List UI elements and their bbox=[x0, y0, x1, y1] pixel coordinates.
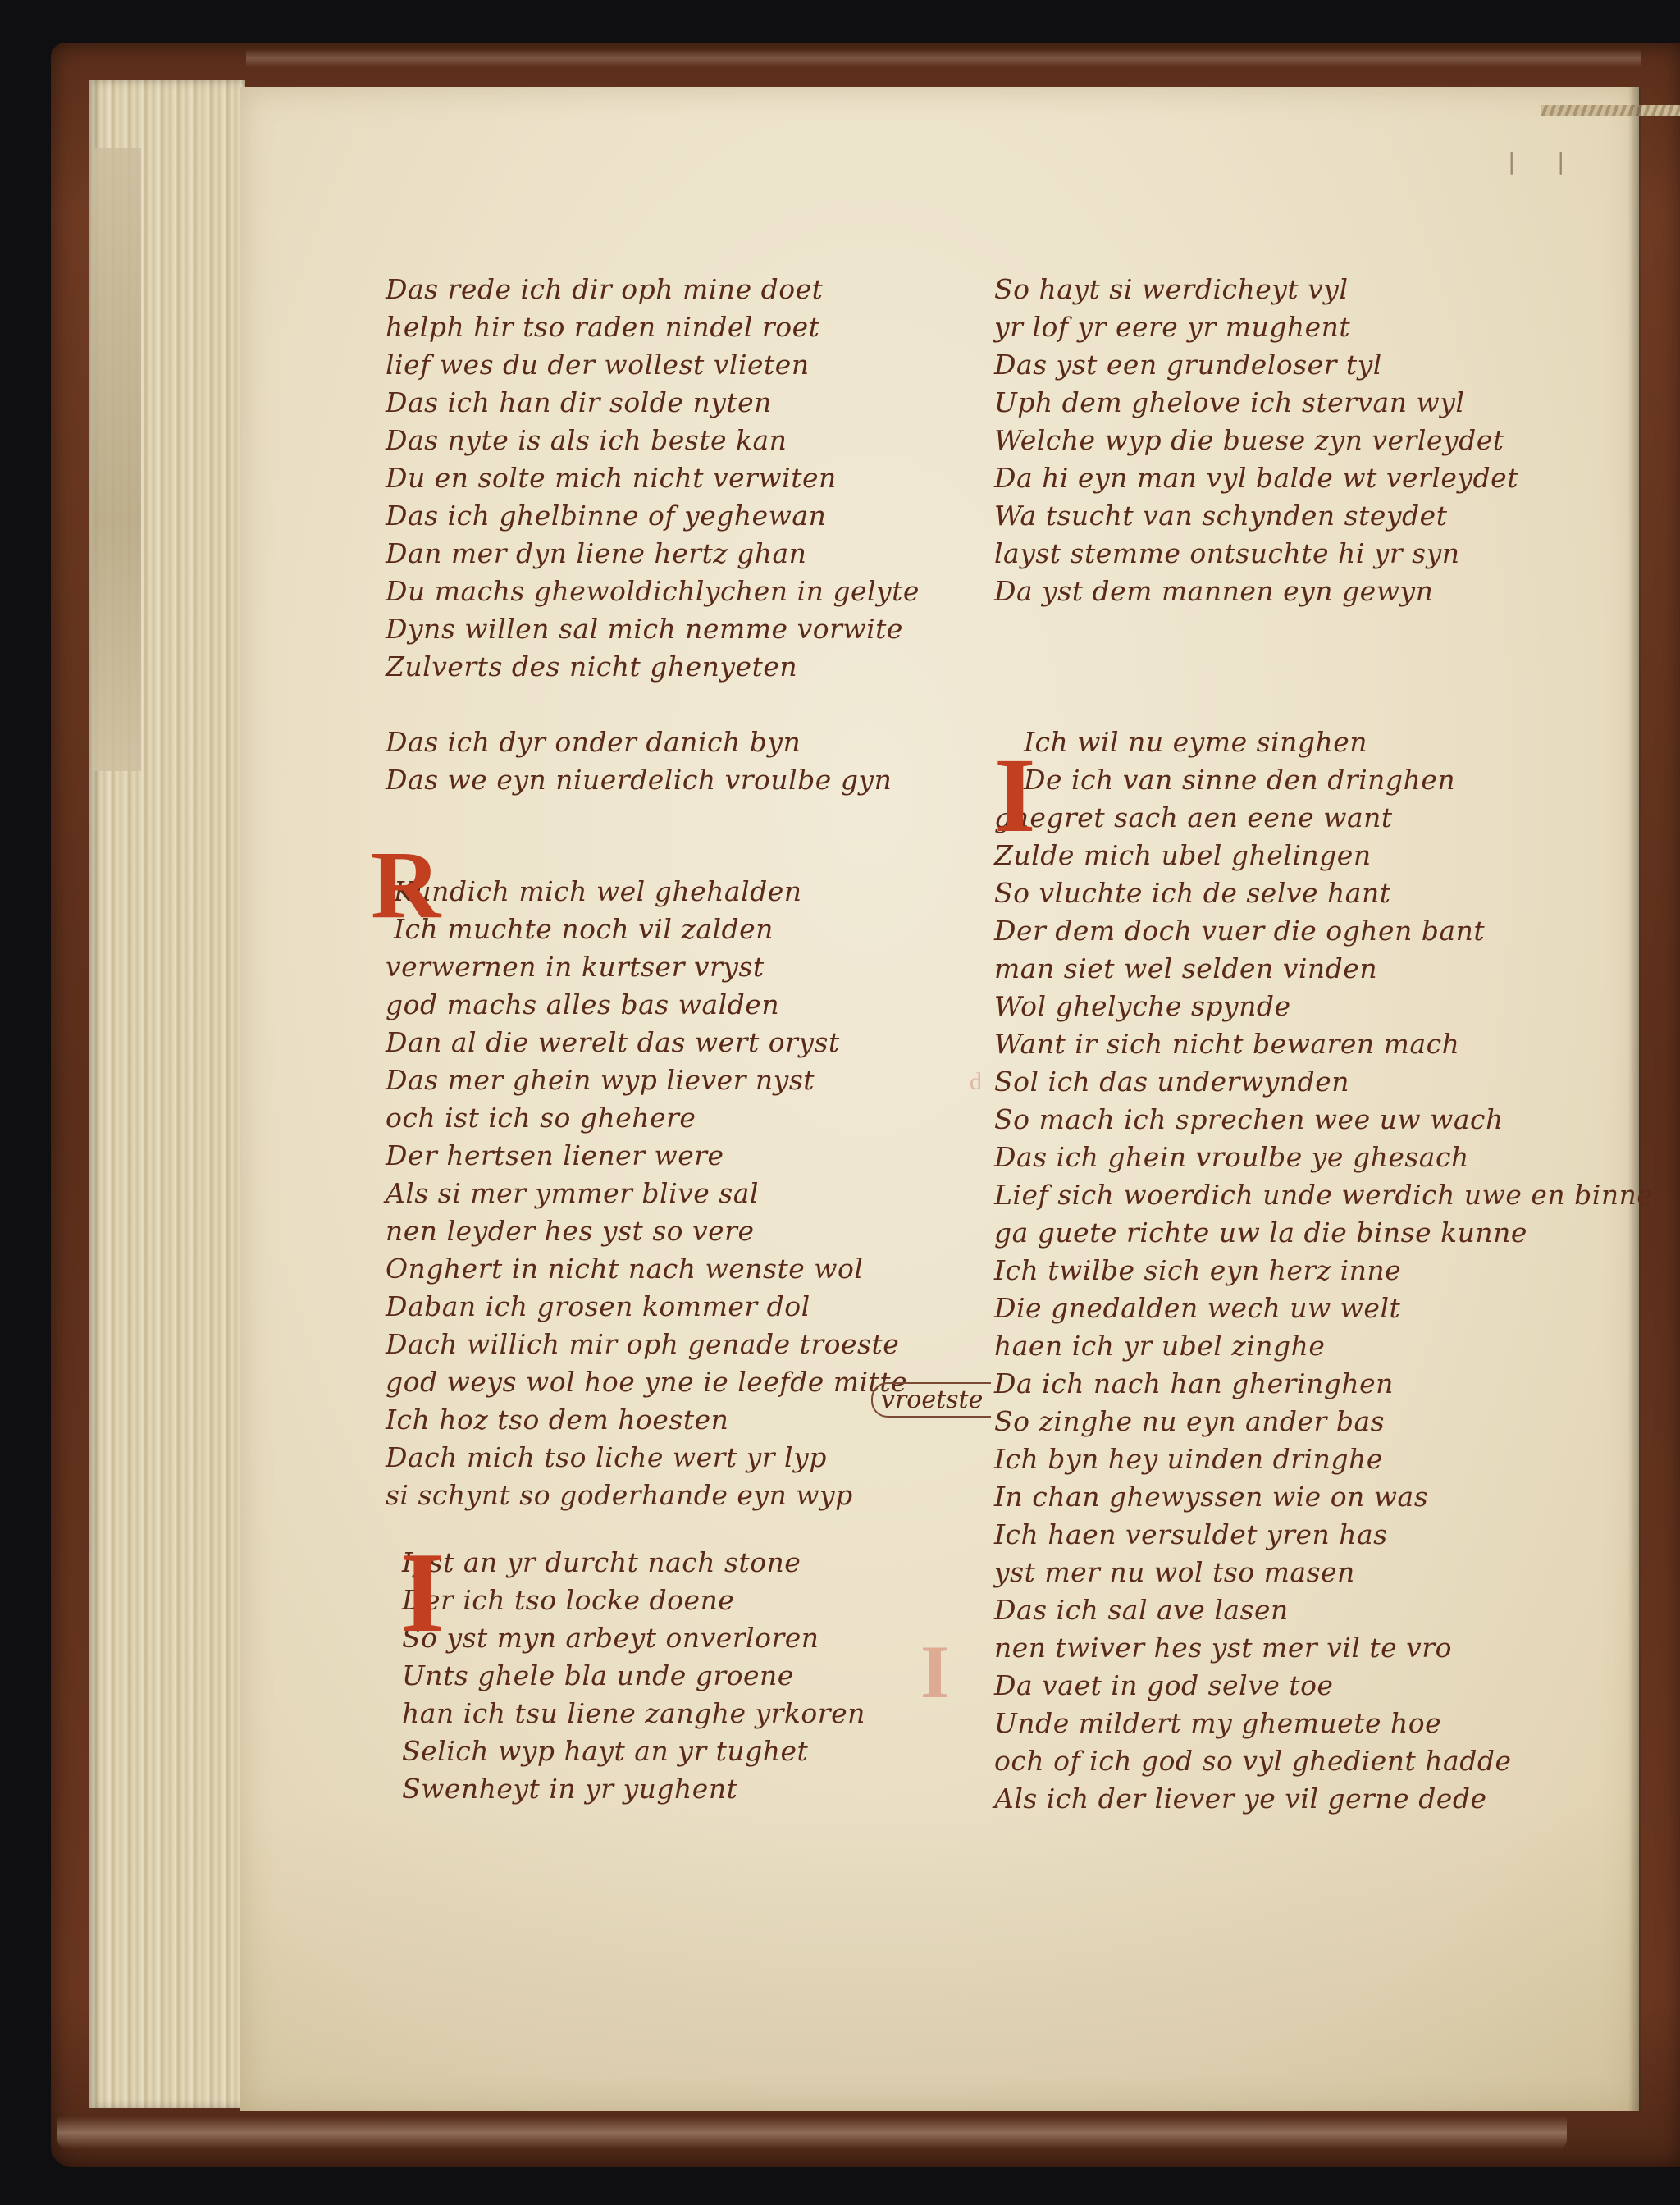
ruling-tick: | bbox=[1557, 148, 1564, 175]
verse-line: Lief sich woerdich unde werdich uwe en b… bbox=[994, 1176, 1618, 1214]
binding-highlight-top bbox=[246, 49, 1641, 67]
faded-guide-letter-small: d bbox=[970, 1068, 982, 1096]
verse-line: Das ich dyr onder danich byn bbox=[386, 724, 1009, 761]
verse-line: So vluchte ich de selve hant bbox=[994, 874, 1618, 912]
verse-line: Das ich ghelbinne of yeghewan bbox=[386, 497, 1009, 535]
verse-line: Da hi eyn man vyl balde wt verleydet bbox=[994, 459, 1618, 497]
verse-line: Das ich sal ave lasen bbox=[994, 1591, 1618, 1629]
verse-line: Als si mer ymmer blive sal bbox=[386, 1175, 1009, 1212]
faded-guide-letter: I bbox=[920, 1628, 950, 1715]
verse-line: Daban ich grosen kommer dol bbox=[386, 1288, 1009, 1326]
verse-line: Dan mer dyn liene hertz ghan bbox=[386, 535, 1009, 573]
verse-line: Iyst an yr durcht nach stone bbox=[386, 1544, 1009, 1582]
red-initial-i-left: I bbox=[400, 1536, 445, 1650]
verse-line: Das ich ghein vroulbe ye ghesach bbox=[994, 1139, 1618, 1176]
verse-line: Swenheyt in yr yughent bbox=[386, 1770, 1009, 1808]
ruling-tick: | bbox=[1508, 148, 1515, 175]
verse-line: In chan ghewyssen wie on was bbox=[994, 1478, 1618, 1516]
verse-line: lief wes du der wollest vlieten bbox=[386, 346, 1009, 384]
verse-line: Ich haen versuldet yren has bbox=[994, 1516, 1618, 1554]
verse-line: si schynt so goderhande eyn wyp bbox=[386, 1477, 1009, 1514]
verse-line: ga guete richte uw la die binse kunne bbox=[994, 1214, 1618, 1252]
verse-line: Das mer ghein wyp liever nyst bbox=[386, 1061, 1009, 1099]
verse-line: Wa tsucht van schynden steydet bbox=[994, 497, 1618, 535]
verse-line: Ich twilbe sich eyn herz inne bbox=[994, 1252, 1618, 1290]
verse-line: Das rede ich dir oph mine doet bbox=[386, 271, 1009, 308]
verse-line: Welche wyp die buese zyn verleydet bbox=[994, 422, 1618, 459]
verse-line: Der hertsen liener were bbox=[386, 1137, 1009, 1175]
verse-line: So yst myn arbeyt onverloren bbox=[386, 1619, 1009, 1657]
right-text-column: So hayt si werdicheyt vyl yr lof yr eere… bbox=[994, 271, 1618, 1818]
verse-line: Onghert in nicht nach wenste wol bbox=[386, 1250, 1009, 1288]
verse-line: So zinghe nu eyn ander bas bbox=[994, 1403, 1618, 1440]
marginal-correction: vroetste bbox=[871, 1382, 991, 1417]
verse-line: Ich byn hey uinden dringhe bbox=[994, 1440, 1618, 1478]
verse-line: Du en solte mich nicht verwiten bbox=[386, 459, 1009, 497]
verse-line: Want ir sich nicht bewaren mach bbox=[994, 1025, 1618, 1063]
binding-highlight-bottom bbox=[57, 2116, 1567, 2149]
verse-line: Zulverts des nicht ghenyeten bbox=[386, 648, 1009, 686]
red-initial-i-right: I bbox=[994, 742, 1036, 849]
verse-line: Dyns willen sal mich nemme vorwite bbox=[386, 610, 1009, 648]
verse-line: yr lof yr eere yr mughent bbox=[994, 308, 1618, 346]
gutter-shadow bbox=[1628, 87, 1641, 2111]
verse-line: nen leyder hes yst so vere bbox=[386, 1212, 1009, 1250]
verse-line: Du machs ghewoldichlychen in gelyte bbox=[386, 573, 1009, 610]
verse-line: layst stemme ontsuchte hi yr syn bbox=[994, 535, 1618, 573]
verse-line: Dach mich tso liche wert yr lyp bbox=[386, 1439, 1009, 1477]
verse-line: Selich wyp hayt an yr tughet bbox=[386, 1732, 1009, 1770]
verse-line: han ich tsu liene zanghe yrkoren bbox=[386, 1695, 1009, 1732]
verse-line: De ich van sinne den dringhen bbox=[994, 761, 1618, 799]
verse-line: Das we eyn niuerdelich vroulbe gyn bbox=[386, 761, 1009, 799]
verse-line: Ich muchte noch vil zalden bbox=[386, 911, 1009, 948]
page-stain-lower bbox=[240, 1805, 1639, 2111]
verse-line: och ist ich so ghehere bbox=[386, 1099, 1009, 1137]
verse-line: Da ich nach han gheringhen bbox=[994, 1365, 1618, 1403]
headband-stitching bbox=[1541, 105, 1680, 116]
stanza-gap bbox=[386, 799, 1009, 873]
verse-line: Der ich tso locke doene bbox=[386, 1582, 1009, 1619]
verse-line: ghegret sach aen eene want bbox=[994, 799, 1618, 837]
verse-line: Die gnedalden wech uw welt bbox=[994, 1290, 1618, 1327]
verse-line: Da yst dem mannen eyn gewyn bbox=[994, 573, 1618, 610]
verse-line: verwernen in kurtser vryst bbox=[386, 948, 1009, 986]
verse-line: haen ich yr ubel zinghe bbox=[994, 1327, 1618, 1365]
verse-line: och of ich god so vyl ghedient hadde bbox=[994, 1742, 1618, 1780]
verse-line: Unts ghele bla unde groene bbox=[386, 1657, 1009, 1695]
verse-line: Das nyte is als ich beste kan bbox=[386, 422, 1009, 459]
verse-line: Ich wil nu eyme singhen bbox=[994, 724, 1618, 761]
verse-line: Wol ghelyche spynde bbox=[994, 988, 1618, 1025]
red-initial-r: R bbox=[371, 837, 441, 934]
verse-line: Dan al die werelt das wert oryst bbox=[386, 1024, 1009, 1061]
stanza-gap bbox=[386, 1514, 1009, 1544]
verse-line: Uph dem ghelove ich stervan wyl bbox=[994, 384, 1618, 422]
stanza-gap bbox=[994, 610, 1618, 724]
verse-line: So mach ich sprechen wee uw wach bbox=[994, 1101, 1618, 1139]
verse-line: Das yst een grundeloser tyl bbox=[994, 346, 1618, 384]
verse-line: nen twiver hes yst mer vil te vro bbox=[994, 1629, 1618, 1667]
verse-line: Da vaet in god selve toe bbox=[994, 1667, 1618, 1705]
verse-line: Als ich der liever ye vil gerne dede bbox=[994, 1780, 1618, 1818]
verse-line: Dach willich mir oph genade troeste bbox=[386, 1326, 1009, 1363]
verse-line: yst mer nu wol tso masen bbox=[994, 1554, 1618, 1591]
verse-line: Unde mildert my ghemuete hoe bbox=[994, 1705, 1618, 1742]
verse-line: Der dem doch vuer die oghen bant bbox=[994, 912, 1618, 950]
stanza-gap bbox=[386, 686, 1009, 724]
verse-line: helph hir tso raden nindel roet bbox=[386, 308, 1009, 346]
verse-line: man siet wel selden vinden bbox=[994, 950, 1618, 988]
verse-line: So hayt si werdicheyt vyl bbox=[994, 271, 1618, 308]
verse-line: Das ich han dir solde nyten bbox=[386, 384, 1009, 422]
folded-flyleaf bbox=[92, 148, 141, 771]
left-text-column: Das rede ich dir oph mine doet helph hir… bbox=[386, 271, 1009, 1808]
verse-line: Zulde mich ubel ghelingen bbox=[994, 837, 1618, 874]
verse-line: Sol ich das underwynden bbox=[994, 1063, 1618, 1101]
verse-line: Kundich mich wel ghehalden bbox=[386, 873, 1009, 911]
verse-line: god machs alles bas walden bbox=[386, 986, 1009, 1024]
